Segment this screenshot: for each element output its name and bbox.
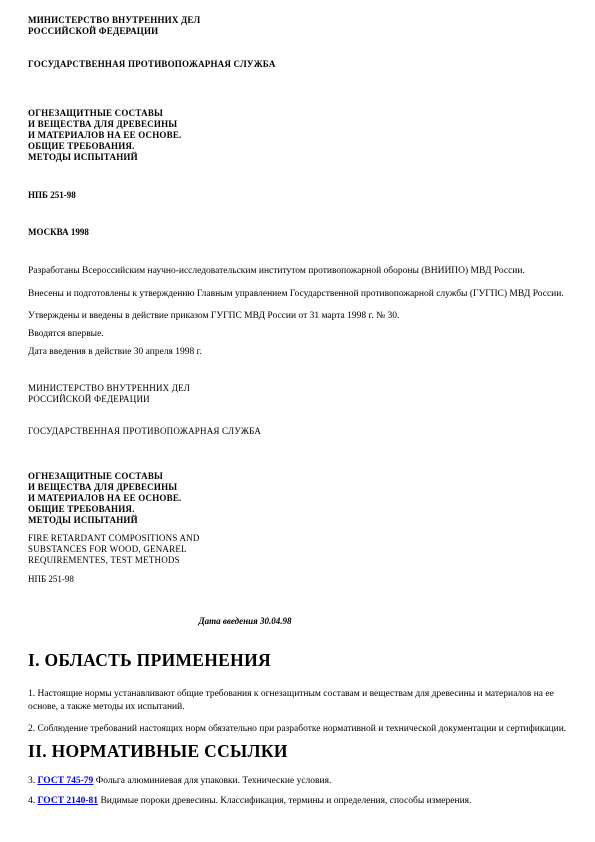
fire-service-header: ГОСУДАРСТВЕННАЯ ПРОТИВОПОЖАРНАЯ СЛУЖБА (28, 59, 276, 70)
doc-title-line: МЕТОДЫ ИСПЫТАНИЙ (28, 152, 182, 163)
fire-service-header-2: ГОСУДАРСТВЕННАЯ ПРОТИВОПОЖАРНАЯ СЛУЖБА (28, 426, 261, 437)
city-year: МОСКВА 1998 (28, 227, 89, 238)
gost-link[interactable]: ГОСТ 745-79 (38, 776, 94, 786)
reference-number: 4. (28, 796, 38, 806)
approval-paragraph: Внесены и подготовлены к утверждению Гла… (28, 288, 569, 301)
approval-paragraph: Утверждены и введены в действие приказом… (28, 310, 569, 323)
doc-number: НПБ 251-98 (28, 190, 76, 201)
ministry-line: МИНИСТЕРСТВО ВНУТРЕННИХ ДЕЛ (28, 15, 200, 26)
doc-title-line: И МАТЕРИАЛОВ НА ЕЕ ОСНОВЕ. (28, 130, 182, 141)
doc-title-ru-2: ОГНЕЗАЩИТНЫЕ СОСТАВЫ И ВЕЩЕСТВА ДЛЯ ДРЕВ… (28, 471, 182, 526)
ministry-header: МИНИСТЕРСТВО ВНУТРЕННИХ ДЕЛ РОССИЙСКОЙ Ф… (28, 15, 200, 37)
ministry-line: РОССИЙСКОЙ ФЕДЕРАЦИИ (28, 26, 200, 37)
doc-title-line: МЕТОДЫ ИСПЫТАНИЙ (28, 515, 182, 526)
reference-number: 3. (28, 776, 38, 786)
doc-title-line: И ВЕЩЕСТВА ДЛЯ ДРЕВЕСИНЫ (28, 119, 182, 130)
doc-title-en: FIRE RETARDANT COMPOSITIONS AND SUBSTANC… (28, 533, 200, 566)
reference-text: Фольга алюминиевая для упаковки. Техниче… (93, 776, 331, 786)
doc-title-line: ОГНЕЗАЩИТНЫЕ СОСТАВЫ (28, 471, 182, 482)
approval-paragraph: Вводятся впервые. (28, 328, 569, 341)
reference-item: 4. ГОСТ 2140-81 Видимые пороки древесины… (28, 795, 569, 808)
doc-title-en-line: FIRE RETARDANT COMPOSITIONS AND (28, 533, 200, 544)
section-1-heading: I. ОБЛАСТЬ ПРИМЕНЕНИЯ (28, 650, 271, 671)
doc-title-line: ОБЩИЕ ТРЕБОВАНИЯ. (28, 504, 182, 515)
ministry-line: РОССИЙСКОЙ ФЕДЕРАЦИИ (28, 394, 190, 405)
doc-number-2: НПБ 251-98 (28, 574, 74, 585)
approval-paragraph: Разработаны Всероссийским научно-исследо… (28, 265, 569, 278)
approval-paragraph: Дата введения в действие 30 апреля 1998 … (28, 346, 569, 359)
ministry-line: МИНИСТЕРСТВО ВНУТРЕННИХ ДЕЛ (28, 383, 190, 394)
section-2-heading: II. НОРМАТИВНЫЕ ССЫЛКИ (28, 741, 288, 762)
reference-item: 3. ГОСТ 745-79 Фольга алюминиевая для уп… (28, 775, 569, 788)
doc-title-line: И ВЕЩЕСТВА ДЛЯ ДРЕВЕСИНЫ (28, 482, 182, 493)
section-1-paragraph: 1. Настоящие нормы устанавливают общие т… (28, 688, 569, 713)
ministry-header-2: МИНИСТЕРСТВО ВНУТРЕННИХ ДЕЛ РОССИЙСКОЙ Ф… (28, 383, 190, 405)
doc-title-line: И МАТЕРИАЛОВ НА ЕЕ ОСНОВЕ. (28, 493, 182, 504)
doc-title-en-line: SUBSTANCES FOR WOOD, GENAREL (28, 544, 200, 555)
gost-link[interactable]: ГОСТ 2140-81 (38, 796, 99, 806)
doc-title-ru: ОГНЕЗАЩИТНЫЕ СОСТАВЫ И ВЕЩЕСТВА ДЛЯ ДРЕВ… (28, 108, 182, 163)
document-page: { "doc": { "front": { "ministry": ["МИНИ… (0, 0, 595, 842)
reference-text: Видимые пороки древесины. Классификация,… (98, 796, 471, 806)
effective-date: Дата введения 30.04.98 (0, 616, 490, 627)
doc-title-line: ОГНЕЗАЩИТНЫЕ СОСТАВЫ (28, 108, 182, 119)
doc-title-line: ОБЩИЕ ТРЕБОВАНИЯ. (28, 141, 182, 152)
section-1-paragraph: 2. Соблюдение требований настоящих норм … (28, 723, 569, 736)
doc-title-en-line: REQUIREMENTES, TEST METHODS (28, 555, 200, 566)
